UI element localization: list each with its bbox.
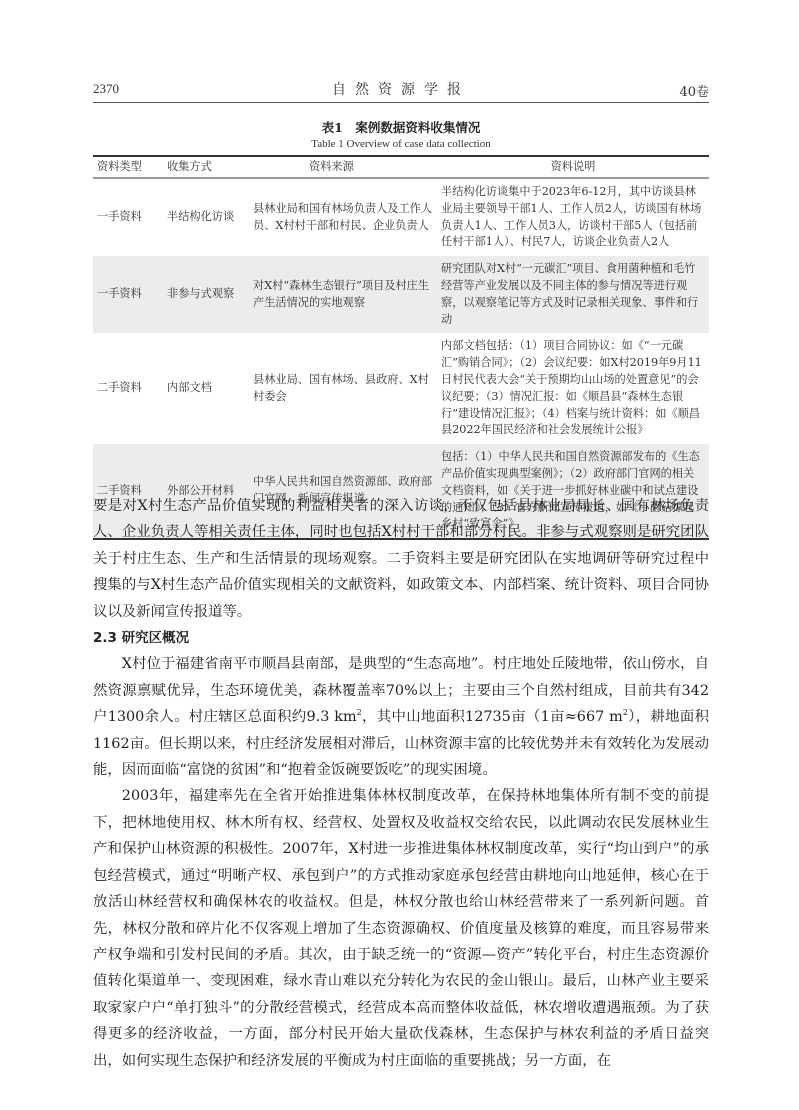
table-title-english: Table 1 Overview of case data collection bbox=[93, 138, 709, 150]
cell-method: 非参与式观察 bbox=[163, 256, 249, 333]
cell-description: 半结构化访谈集中于2023年6-12月，其中访谈县林业局主要领导干部1人、工作人… bbox=[437, 178, 709, 256]
cell-type: 一手资料 bbox=[93, 178, 163, 256]
running-header: 2370 自然资源学报 40卷 bbox=[93, 78, 709, 100]
cell-source: 对X村“森林生态银行”项目及村庄生产生活情况的实地观察 bbox=[249, 256, 437, 333]
cell-source: 县林业局、国有林场、县政府、X村村委会 bbox=[249, 333, 437, 444]
column-header-source: 资料来源 bbox=[249, 156, 437, 178]
table-row: 二手资料 内部文档 县林业局、国有林场、县政府、X村村委会 内部文档包括：（1）… bbox=[93, 333, 709, 444]
table-header-row: 资料类型 收集方式 资料来源 资料说明 bbox=[93, 156, 709, 178]
column-header-method: 收集方式 bbox=[163, 156, 249, 178]
column-header-type: 资料类型 bbox=[93, 156, 163, 178]
cell-source: 县林业局和国有林场负责人及工作人员、X村村干部和村民、企业负责人 bbox=[249, 178, 437, 256]
paragraph-forest-reform: 2003年，福建率先在全省开始推进集体林权制度改革，在保持林地集体所有制不变的前… bbox=[93, 783, 709, 1073]
volume-label: 40卷 bbox=[679, 81, 709, 100]
cell-type: 一手资料 bbox=[93, 256, 163, 333]
cell-description: 内部文档包括：（1）项目合同协议：如《“一元碳汇”购销合同》；（2）会议纪要：如… bbox=[437, 333, 709, 444]
body-text: 要是对X村生态产品价值实现的利益相关者的深入访谈，不仅包括县林业局局长、国有林场… bbox=[93, 493, 709, 1074]
case-data-table: 资料类型 收集方式 资料来源 资料说明 一手资料 半结构化访谈 县林业局和国有林… bbox=[93, 155, 709, 540]
column-header-description: 资料说明 bbox=[437, 156, 709, 178]
table-row: 一手资料 半结构化访谈 县林业局和国有林场负责人及工作人员、X村村干部和村民、企… bbox=[93, 178, 709, 256]
paragraph-study-area: X村位于福建省南平市顺昌县南部，是典型的“生态高地”。村庄地处丘陵地带，依山傍水… bbox=[93, 651, 709, 783]
cell-description: 研究团队对X村“一元碳汇”项目、食用菌种植和毛竹经营等产业发展以及不同主体的参与… bbox=[437, 256, 709, 333]
cell-method: 半结构化访谈 bbox=[163, 178, 249, 256]
section-heading: 2.3 研究区概况 bbox=[93, 625, 709, 651]
paragraph-continued: 要是对X村生态产品价值实现的利益相关者的深入访谈，不仅包括县林业局局长、国有林场… bbox=[93, 493, 709, 625]
table-title-chinese: 表1 案例数据资料收集情况 bbox=[93, 118, 709, 136]
journal-title: 自然资源学报 bbox=[93, 79, 709, 99]
paragraph-text: ，其中山地面积12735亩（1亩≈667 m bbox=[362, 709, 623, 725]
cell-method: 内部文档 bbox=[163, 333, 249, 444]
cell-type: 二手资料 bbox=[93, 333, 163, 444]
header-divider bbox=[93, 102, 709, 103]
table-row: 一手资料 非参与式观察 对X村“森林生态银行”项目及村庄生产生活情况的实地观察 … bbox=[93, 256, 709, 333]
